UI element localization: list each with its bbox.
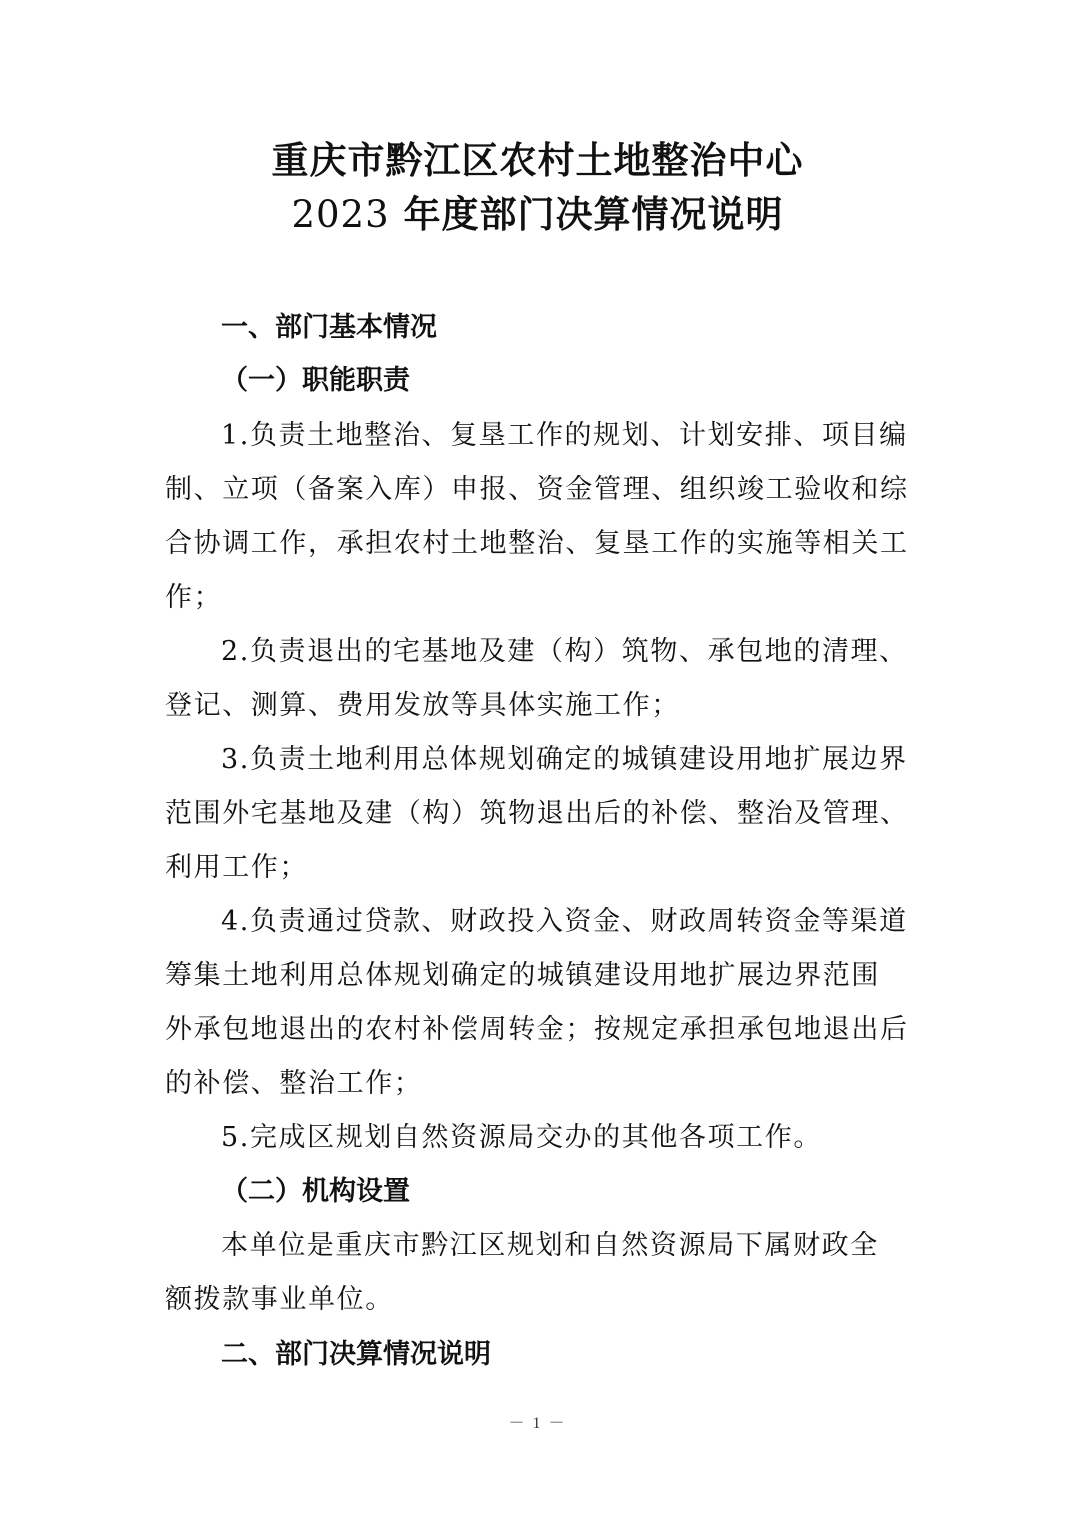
- item-1-line-1: 1.负责土地整治、复垦工作的规划、计划安排、项目编: [221, 419, 908, 453]
- section-heading-final-accounts: 二、部门决算情况说明: [221, 1338, 491, 1372]
- subsection-heading-organization: （二）机构设置: [221, 1175, 410, 1209]
- subsection-heading-functions: （一）职能职责: [221, 364, 410, 398]
- item-3-line-2: 范围外宅基地及建（构）筑物退出后的补偿、整治及管理、: [165, 797, 909, 831]
- item-1-line-2: 制、立项（备案入库）申报、资金管理、组织竣工验收和综: [165, 473, 909, 507]
- item-5-line-1: 5.完成区规划自然资源局交办的其他各项工作。: [221, 1121, 822, 1155]
- item-2-line-1: 2.负责退出的宅基地及建（构）筑物、承包地的清理、: [221, 635, 908, 669]
- item-2-line-2: 登记、测算、费用发放等具体实施工作；: [165, 689, 680, 723]
- organization-line-2: 额拨款事业单位。: [165, 1283, 394, 1317]
- item-3-line-3: 利用工作；: [165, 851, 308, 885]
- page-number: － 1 －: [0, 1410, 1075, 1433]
- item-4-line-1: 4.负责通过贷款、财政投入资金、财政周转资金等渠道: [221, 905, 908, 939]
- item-3-line-1: 3.负责土地利用总体规划确定的城镇建设用地扩展边界: [221, 743, 908, 777]
- document-page: 重庆市黔江区农村土地整治中心 2023 年度部门决算情况说明 一、部门基本情况 …: [0, 0, 1075, 1520]
- title-rest: 年度部门决算情况说明: [390, 192, 784, 236]
- organization-line-1: 本单位是重庆市黔江区规划和自然资源局下属财政全: [221, 1229, 879, 1263]
- document-title-line2: 2023 年度部门决算情况说明: [0, 192, 1075, 237]
- item-4-line-4: 的补偿、整治工作；: [165, 1067, 422, 1101]
- title-year: 2023: [291, 193, 389, 236]
- section-heading-basic-info: 一、部门基本情况: [221, 311, 437, 345]
- item-1-line-4: 作；: [165, 581, 222, 615]
- document-title-line1: 重庆市黔江区农村土地整治中心: [0, 138, 1075, 182]
- item-4-line-3: 外承包地退出的农村补偿周转金；按规定承担承包地退出后: [165, 1013, 909, 1047]
- item-1-line-3: 合协调工作，承担农村土地整治、复垦工作的实施等相关工: [165, 527, 909, 561]
- item-4-line-2: 筹集土地利用总体规划确定的城镇建设用地扩展边界范围: [165, 959, 880, 993]
